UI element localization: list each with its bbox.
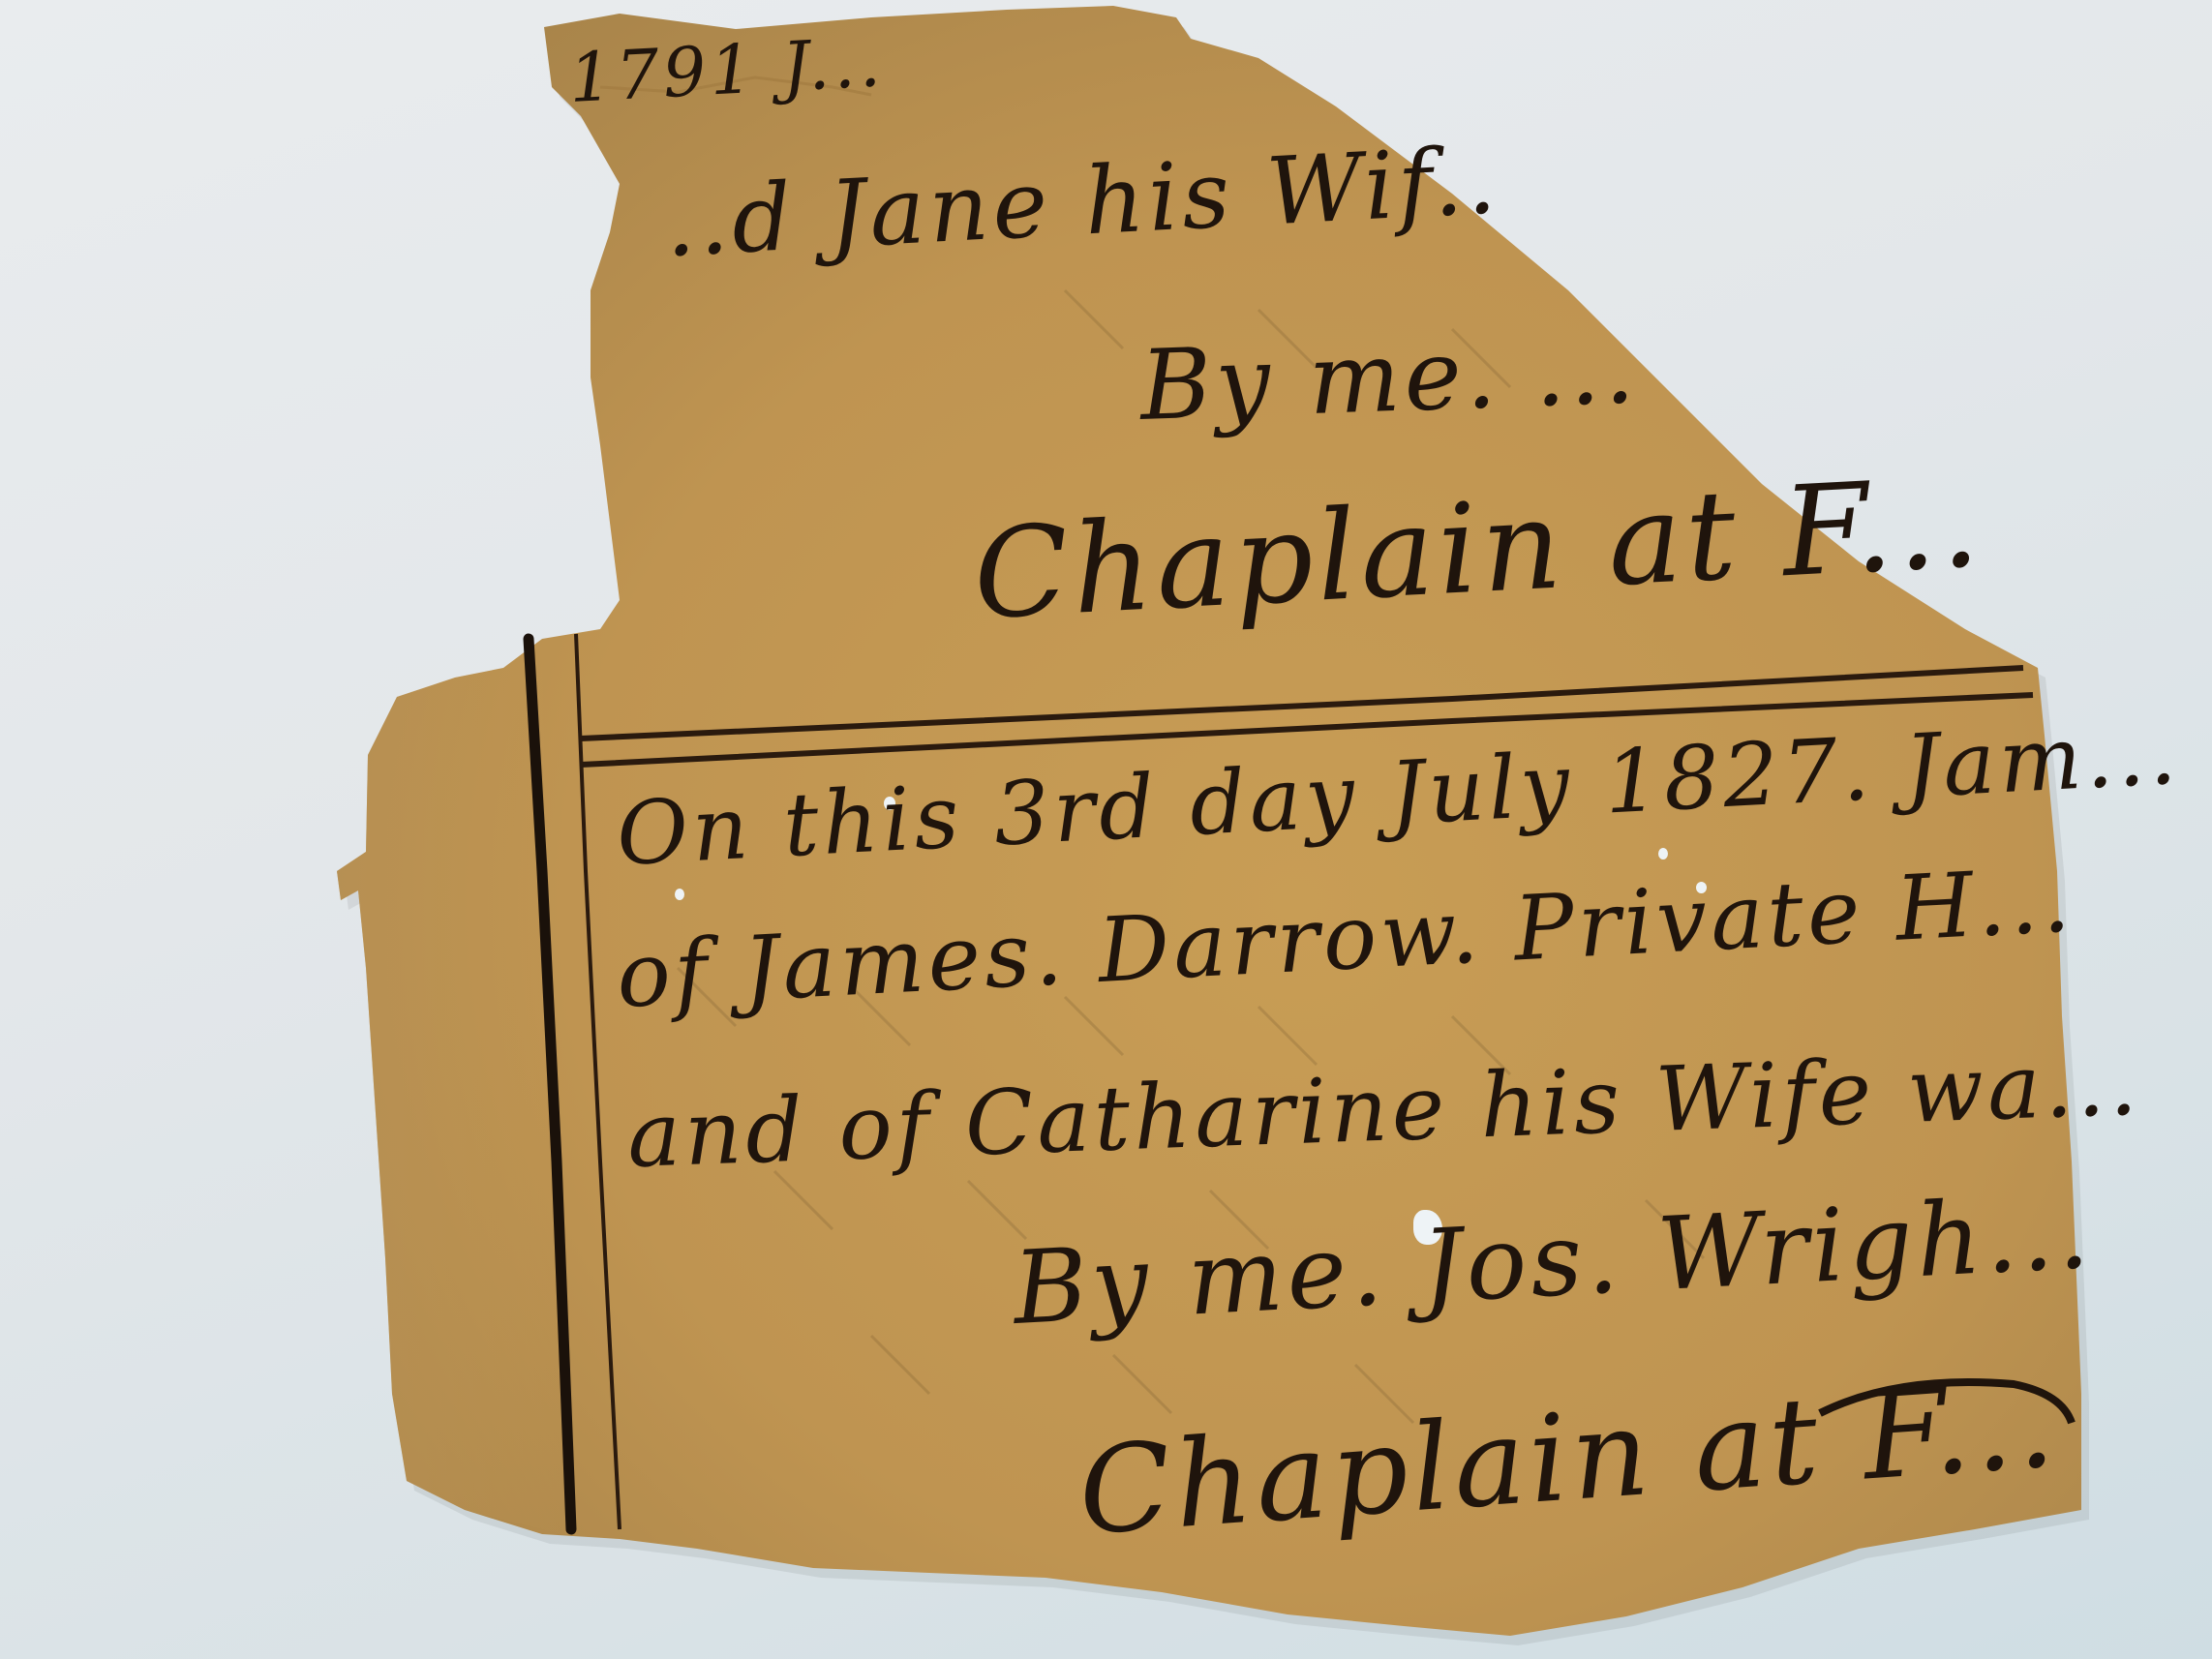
paper-hole	[1658, 848, 1668, 860]
document-photo: 1791 J... ..d Jane his Wif.. By me. ... …	[0, 0, 2212, 1659]
paper-hole	[675, 889, 684, 900]
upper-entry-signature: By me. ...	[1138, 312, 1640, 442]
upper-entry-line1: 1791 J...	[567, 22, 887, 118]
